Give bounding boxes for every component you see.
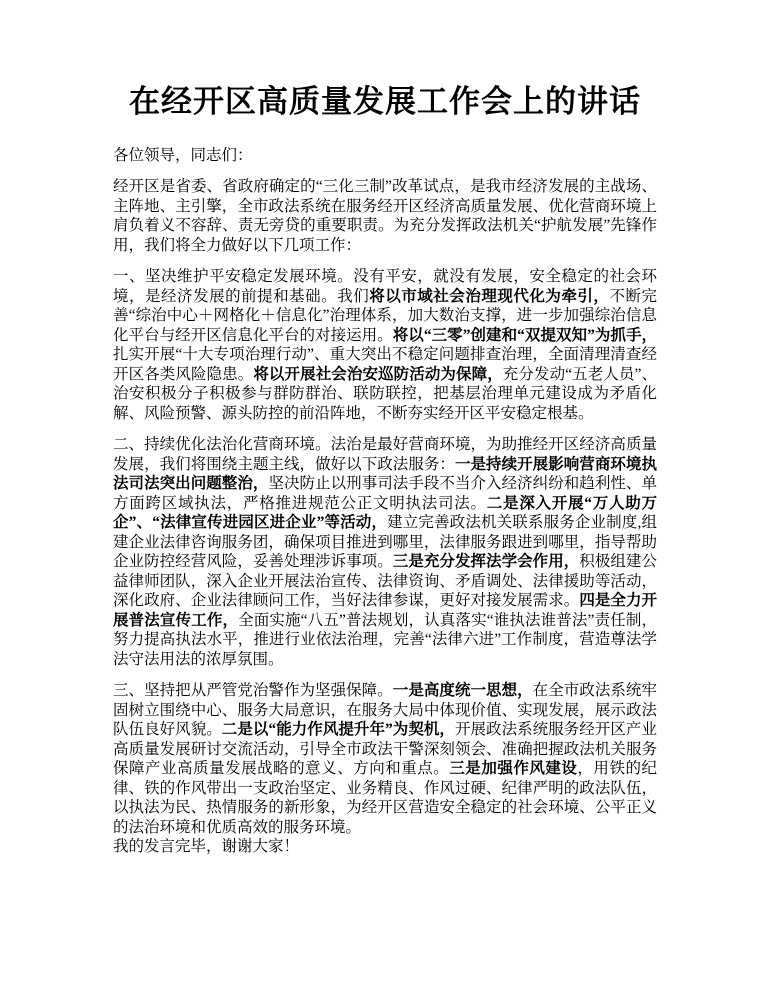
document-title: 在经开区高质量发展工作会上的讲话 [113,84,657,120]
document-page: 在经开区高质量发展工作会上的讲话 各位领导，同志们： 经开区是省委、省政府确定的… [0,0,770,1000]
paragraph-run-bold: 将以市域社会治理现代化为牵引， [369,288,609,305]
paragraph: 经开区是省委、省政府确定的“三化三制”改革试点，是我市经济发展的主战场、主阵地、… [113,177,657,255]
paragraph: 二、持续优化法治化营商环境。法治是最好营商环境，为助推经开区经济高质量发展，我们… [113,435,657,669]
paragraph: 一、坚决维护平安稳定发展环境。没有平安，就没有发展，安全稳定的社会环境，是经济发… [113,267,657,423]
paragraph-run-bold: 将以“三零”创建和“双提双知”为抓手， [393,327,657,344]
paragraph-run: 三、坚持把从严管党治警作为坚强保障。 [113,682,393,699]
greeting-line: 各位领导，同志们： [113,146,657,166]
paragraph-run-bold: 三是加强作风建设 [449,760,577,777]
paragraph-run-bold: 一是高度统一思想， [393,682,533,699]
paragraphs: 经开区是省委、省政府确定的“三化三制”改革试点，是我市经济发展的主战场、主阵地、… [113,177,657,837]
paragraph-run-bold: 二是以“能力作风提升年”为契机， [222,721,455,738]
paragraph-run: 经开区是省委、省政府确定的“三化三制”改革试点，是我市经济发展的主战场、主阵地、… [113,178,657,254]
paragraph-run-bold: 将以开展社会治安巡防活动为保障， [253,366,502,383]
closing-line: 我的发言完毕，谢谢大家！ [113,837,657,857]
paragraph-run-bold: 三是充分发挥法学会作用， [393,553,580,570]
paragraph: 三、坚持把从严管党治警作为坚强保障。一是高度统一思想，在全市政法系统牢固树立围绕… [113,681,657,837]
